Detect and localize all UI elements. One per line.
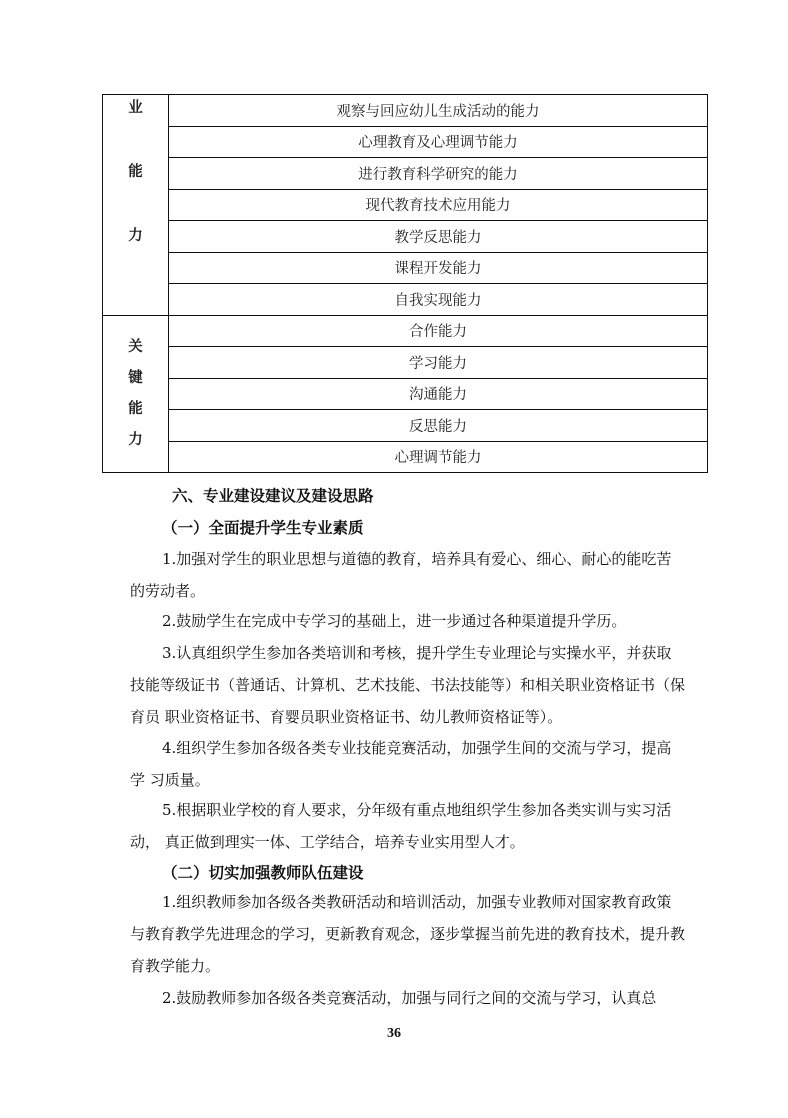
paragraph: 2.鼓励教师参加各级各类竞赛活动，加强与同行之间的交流与学习，认真总 (130, 982, 685, 1014)
paragraph: 4.组织学生参加各级各类专业技能竞赛活动，加强学生间的交流与学习，提高学 习质量… (130, 732, 685, 796)
table-row: 现代教育技术应用能力 (103, 189, 708, 221)
document-page: 业 能 力 观察与回应幼儿生成活动的能力 心理教育及心理调节能力 进行教育科学研… (0, 0, 788, 1118)
table-cell: 进行教育科学研究的能力 (169, 158, 708, 190)
table-cell: 沟通能力 (169, 378, 708, 410)
category-char: 关 (103, 332, 168, 363)
table-row: 课程开发能力 (103, 252, 708, 284)
category-char: 力 (103, 425, 168, 456)
table-cell: 现代教育技术应用能力 (169, 189, 708, 221)
paragraph: 3.认真组织学生参加各类培训和考核，提升学生专业理论与实操水平，并获取技能等级证… (130, 637, 685, 733)
table-row: 业 能 力 观察与回应幼儿生成活动的能力 (103, 95, 708, 127)
table-row: 教学反思能力 (103, 221, 708, 253)
paragraph: 1.组织教师参加各级各类教研活动和培训活动，加强专业教师对国家教育政策与教育教学… (130, 886, 685, 982)
category-char: 力 (103, 229, 168, 244)
table-row: 自我实现能力 (103, 284, 708, 316)
table-cell: 学习能力 (169, 347, 708, 379)
table-cell: 自我实现能力 (169, 284, 708, 316)
section-heading: 六、专业建设建议及建设思路 (172, 484, 374, 506)
category-char: 能 (103, 165, 168, 180)
subsection-heading: （一）全面提升学生专业素质 (162, 516, 364, 538)
table-row: 心理教育及心理调节能力 (103, 126, 708, 158)
table-row: 反思能力 (103, 410, 708, 442)
category-key-ability: 关 键 能 力 (103, 315, 169, 473)
table-row: 进行教育科学研究的能力 (103, 158, 708, 190)
subsection-heading: （二）切实加强教师队伍建设 (162, 861, 364, 883)
category-char: 能 (103, 394, 168, 425)
category-char: 键 (103, 363, 168, 394)
table-cell: 课程开发能力 (169, 252, 708, 284)
table-cell: 教学反思能力 (169, 221, 708, 253)
table-cell: 合作能力 (169, 315, 708, 347)
table-cell: 心理调节能力 (169, 441, 708, 473)
paragraph: 1.加强对学生的职业思想与道德的教育，培养具有爱心、细心、耐心的能吃苦的劳动者。 (130, 543, 685, 607)
table-row: 沟通能力 (103, 378, 708, 410)
table-row: 关 键 能 力 合作能力 (103, 315, 708, 347)
table-cell: 观察与回应幼儿生成活动的能力 (169, 95, 708, 127)
table-row: 学习能力 (103, 347, 708, 379)
table-row: 心理调节能力 (103, 441, 708, 473)
page-number: 36 (0, 1026, 788, 1042)
category-professional-ability: 业 能 力 (103, 95, 169, 316)
table-cell: 反思能力 (169, 410, 708, 442)
paragraph: 5.根据职业学校的育人要求，分年级有重点地组织学生参加各类实训与实习活动， 真正… (130, 794, 685, 858)
category-char: 业 (103, 101, 168, 116)
paragraph: 2.鼓励学生在完成中专学习的基础上，进一步通过各种渠道提升学历。 (130, 605, 685, 637)
ability-table: 业 能 力 观察与回应幼儿生成活动的能力 心理教育及心理调节能力 进行教育科学研… (102, 94, 708, 473)
table-cell: 心理教育及心理调节能力 (169, 126, 708, 158)
